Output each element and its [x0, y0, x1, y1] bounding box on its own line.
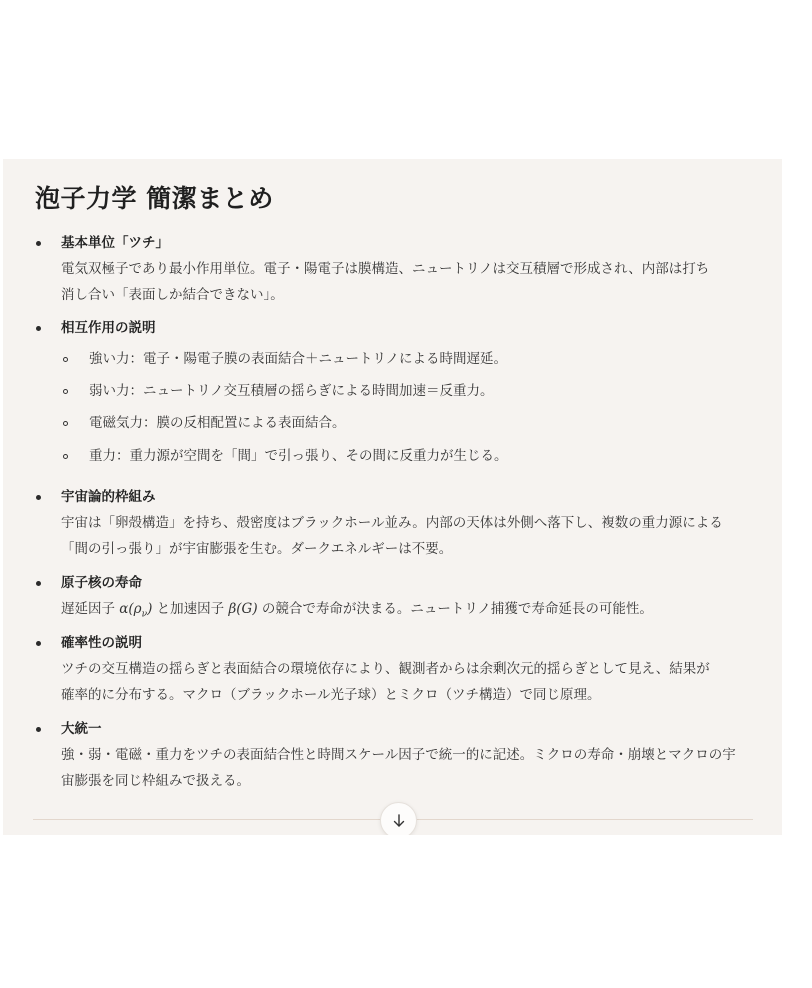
bullet-icon	[36, 495, 41, 500]
sub-item-weak-force: 弱い力：ニュートリノ交互積層の揺らぎによる時間加速＝反重力。	[89, 381, 493, 401]
item-heading: 確率性の説明	[61, 633, 142, 653]
item-heading: 基本単位「ツチ」	[61, 233, 169, 253]
item-body-line: 確率的に分布する。マクロ（ブラックホール光子球）とミクロ（ツチ構造）で同じ原理。	[61, 685, 600, 705]
sub-bullet-icon	[63, 421, 68, 426]
sub-item-electromagnetic-force: 電磁気力：膜の反相配置による表面結合。	[89, 413, 346, 433]
sub-bullet-icon	[63, 389, 68, 394]
response-panel: 泡子力学 簡潔まとめ 基本単位「ツチ」 電気双極子であり最小作用単位。電子・陽電…	[3, 159, 782, 835]
bullet-icon	[36, 727, 41, 732]
bullet-icon	[36, 241, 41, 246]
item-heading: 宇宙論的枠組み	[61, 487, 156, 507]
item-heading: 相互作用の説明	[61, 318, 156, 338]
item-heading: 原子核の寿命	[61, 573, 142, 593]
item-body-line: 消し合い「表面しか結合できない」。	[61, 285, 284, 305]
item-body-line: ツチの交互構造の揺らぎと表面結合の環境依存により、観測者からは余剰次元的揺らぎと…	[61, 659, 710, 679]
body-text: と加速因子	[152, 601, 228, 617]
sub-bullet-icon	[63, 454, 68, 459]
item-body-line: 宙膨張を同じ枠組みで扱える。	[61, 771, 250, 791]
sub-item-strong-force: 強い力：電子・陽電子膜の表面結合＋ニュートリノによる時間遅延。	[89, 349, 507, 369]
item-body-line: 宇宙は「卵殻構造」を持ち、殻密度はブラックホール並み。内部の天体は外側へ落下し、…	[61, 513, 723, 533]
bullet-icon	[36, 581, 41, 586]
body-text: の競合で寿命が決まる。ニュートリノ捕獲で寿命延長の可能性。	[258, 601, 653, 617]
scroll-to-bottom-button[interactable]	[380, 802, 417, 835]
page-title: 泡子力学 簡潔まとめ	[35, 181, 274, 217]
sub-bullet-icon	[63, 357, 68, 362]
item-heading: 大統一	[61, 719, 102, 739]
sub-item-gravity: 重力：重力源が空間を「間」で引っ張り、その間に反重力が生じる。	[89, 446, 508, 466]
bullet-icon	[36, 326, 41, 331]
math-alpha: α(ρν)	[119, 601, 152, 617]
bullet-icon	[36, 641, 41, 646]
arrow-down-icon	[391, 813, 407, 829]
item-body-line: 「間の引っ張り」が宇宙膨張を生む。ダークエネルギーは不要。	[61, 539, 452, 559]
body-text: 遅延因子	[61, 601, 119, 617]
math-beta: β(G)	[228, 601, 257, 617]
item-body-line: 電気双極子であり最小作用単位。電子・陽電子は膜構造、ニュートリノは交互積層で形成…	[61, 259, 709, 279]
item-body-line: 遅延因子 α(ρν) と加速因子 β(G) の競合で寿命が決まる。ニュートリノ捕…	[61, 599, 653, 625]
item-body-line: 強・弱・電磁・重力をツチの表面結合性と時間スケール因子で統一的に記述。ミクロの寿…	[61, 745, 736, 765]
